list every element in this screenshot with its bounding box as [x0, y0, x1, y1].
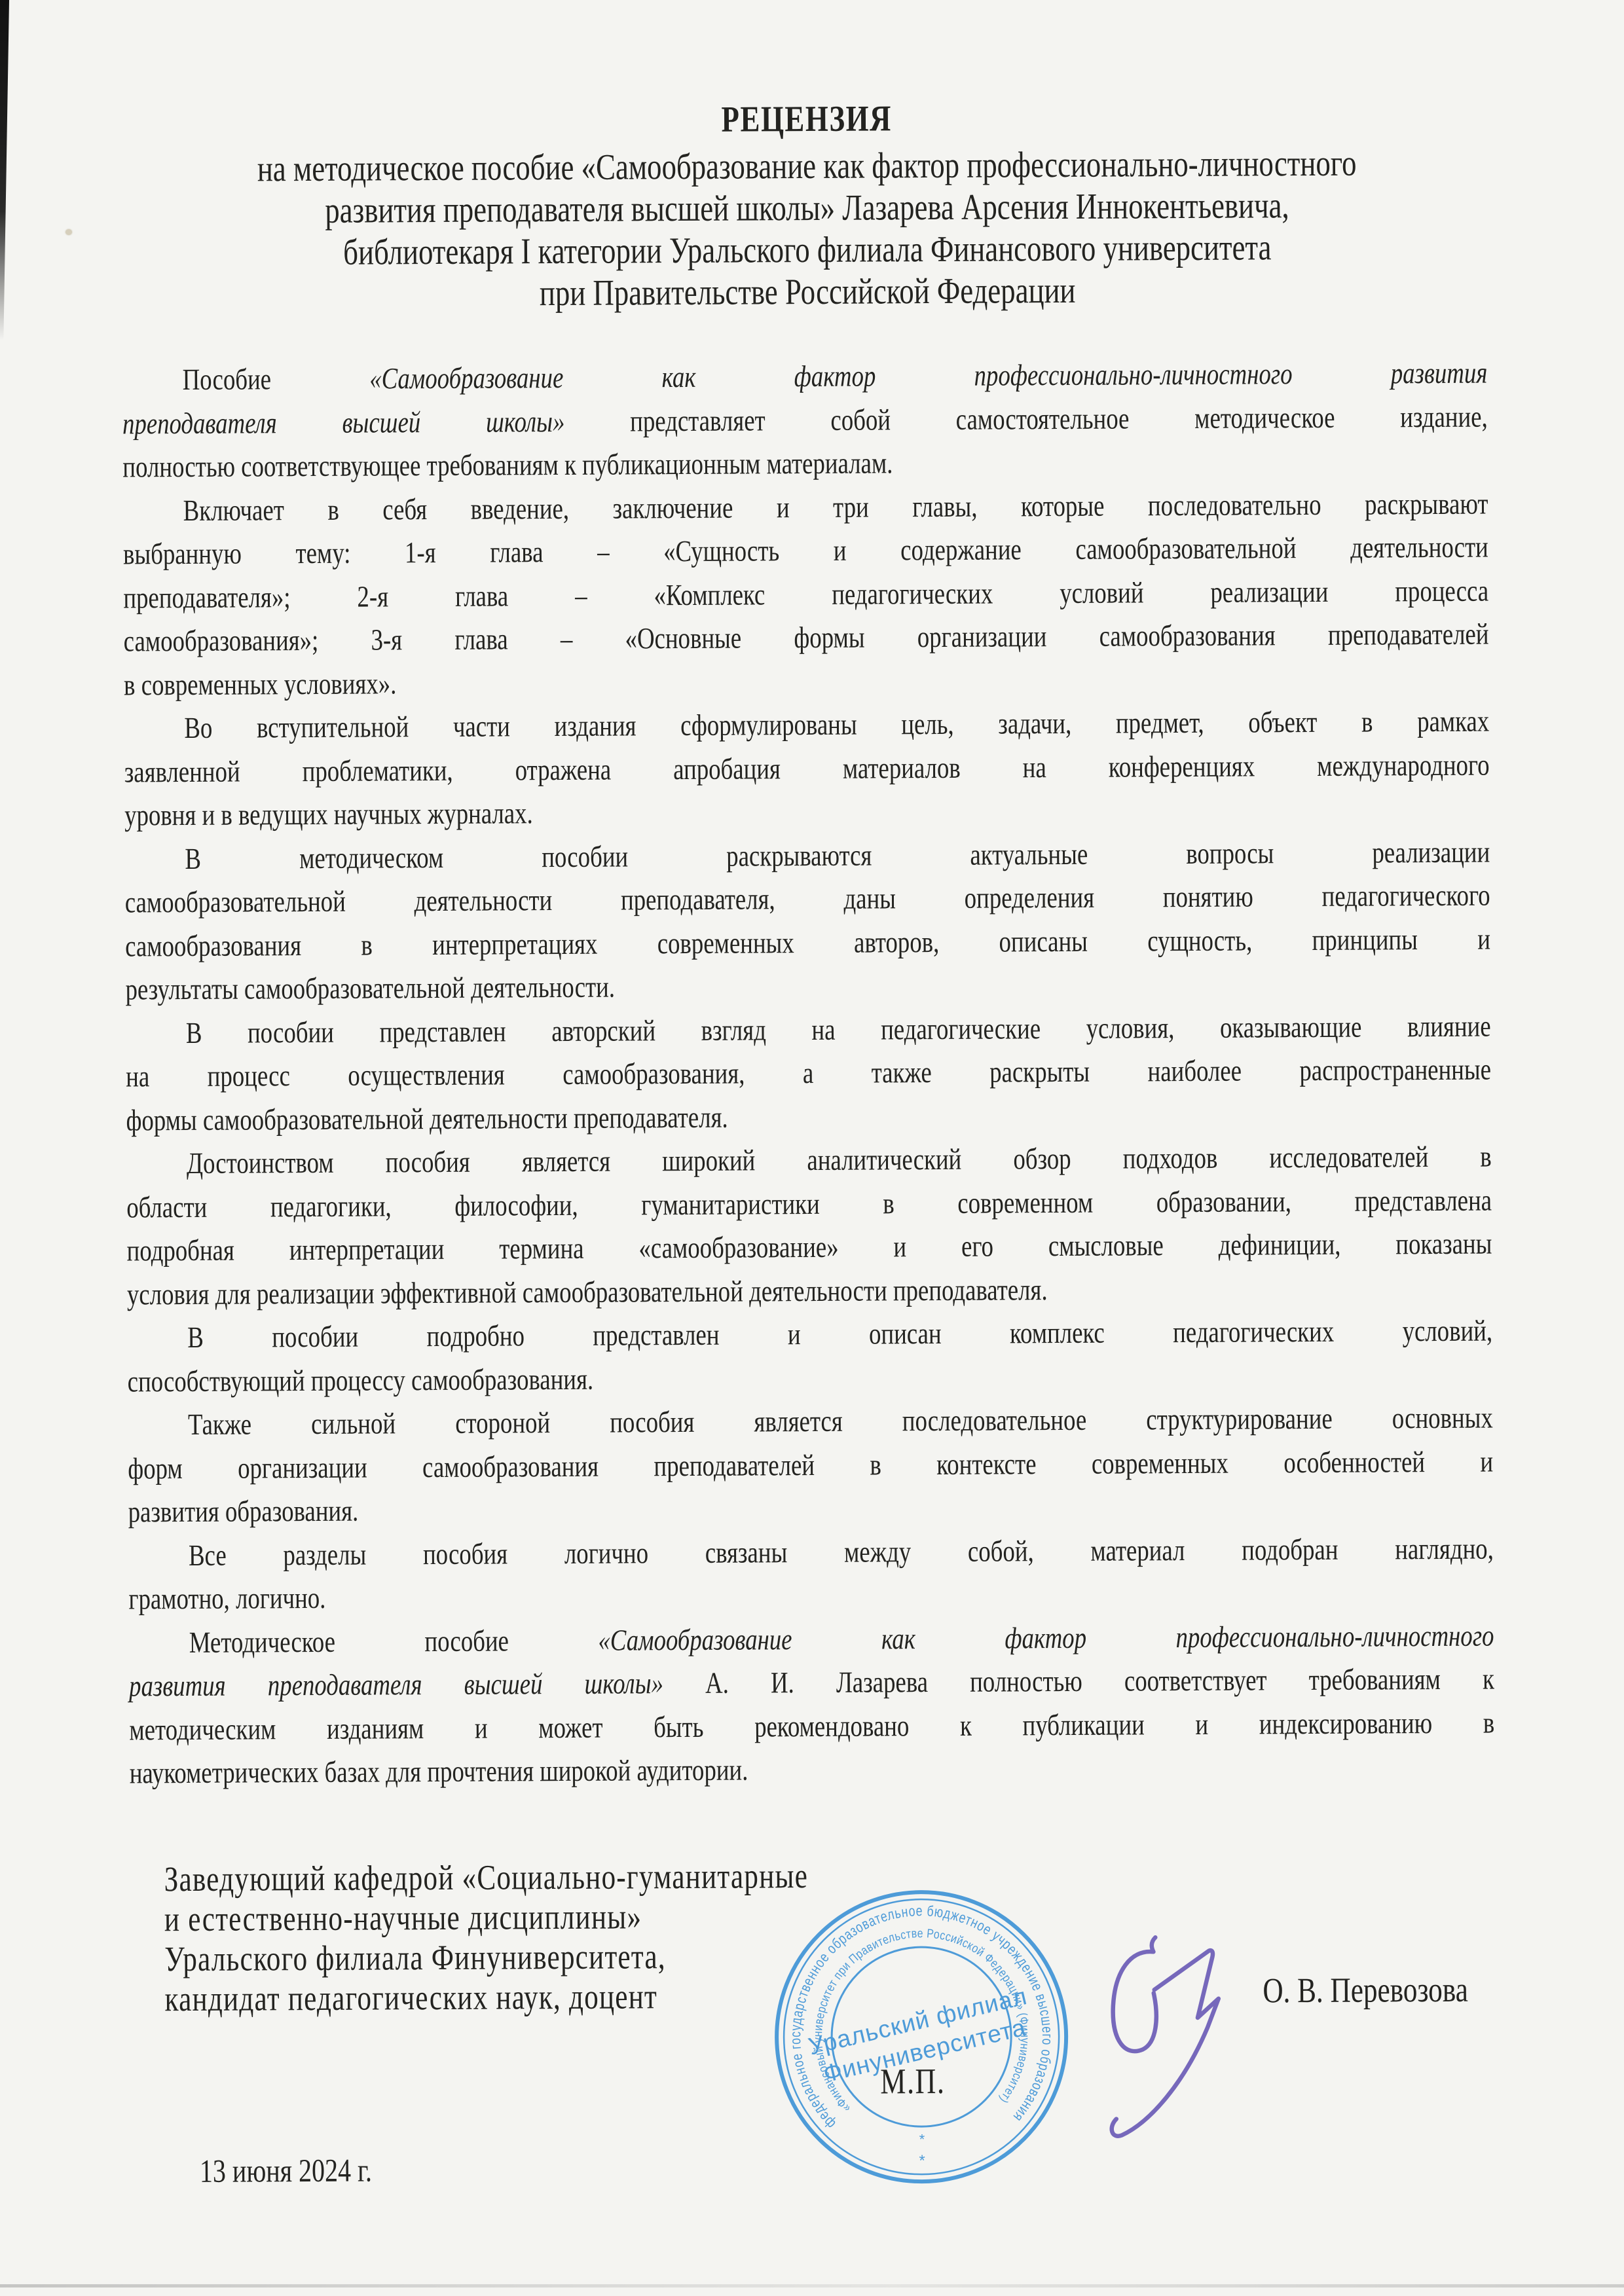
- body-line: самообразования в интерпретациях совреме…: [125, 917, 1490, 968]
- body-line: уровня и в ведущих научных журналах.: [124, 787, 1490, 837]
- document-content: РЕЦЕНЗИЯ на методическое пособие «Самооб…: [0, 0, 1624, 2296]
- body-line: Также сильной стороной пособия является …: [128, 1396, 1493, 1447]
- body-line: в современных условиях».: [124, 656, 1489, 706]
- body-line: Пособие «Самообразование как фактор проф…: [122, 352, 1487, 402]
- document-title: РЕЦЕНЗИЯ: [0, 94, 1619, 145]
- date-line: 13 июня 2024 г.: [200, 2151, 372, 2191]
- body-line: развития преподавателя высшей школы» А. …: [129, 1658, 1494, 1708]
- body-line: самообразования»; 3-я глава – «Основные …: [124, 613, 1489, 663]
- body-line: В пособии подробно представлен и описан …: [127, 1309, 1492, 1360]
- body-line: полностью соответствующее требованиям к …: [122, 439, 1488, 489]
- body-line: преподавателя»; 2-я глава – «Комплекс пе…: [123, 569, 1488, 619]
- document-body: Пособие «Самообразование как фактор проф…: [122, 352, 1494, 1795]
- subtitle-line: при Правительстве Российской Федерации: [0, 267, 1619, 318]
- document-subtitle: на методическое пособие «Самообразование…: [0, 141, 1619, 318]
- stamp-separator-star: *: [919, 2152, 925, 2170]
- stamp-separator-star: *: [919, 2131, 925, 2147]
- body-line: заявленной проблематики, отражена апроба…: [124, 743, 1490, 793]
- scanned-review-page: РЕЦЕНЗИЯ на методическое пособие «Самооб…: [0, 0, 1624, 2296]
- body-line: результаты самообразовательной деятельно…: [125, 961, 1490, 1011]
- body-line: подробная интерпретации термина «самообр…: [126, 1222, 1492, 1273]
- round-stamp: федеральное государственное образователь…: [771, 1887, 1071, 2187]
- body-line: Достоинством пособия является широкий ан…: [126, 1135, 1492, 1186]
- body-line: Все разделы пособия логично связаны межд…: [128, 1527, 1494, 1577]
- body-line: выбранную тему: 1-я глава – «Сущность и …: [123, 526, 1488, 576]
- body-line: области педагогики, философии, гуманитар…: [126, 1178, 1492, 1229]
- body-line: на процесс осуществления самообразования…: [126, 1048, 1491, 1099]
- handwritten-signature: [1052, 1896, 1289, 2159]
- body-line: способствующий процессу самообразования.: [127, 1353, 1492, 1403]
- body-line: Включает в себя введение, заключение и т…: [123, 482, 1488, 532]
- body-line: В методическом пособии раскрываются акту…: [124, 830, 1490, 881]
- body-line: наукометрических базах для прочтения шир…: [130, 1745, 1495, 1795]
- body-line: методическим изданиям и может быть реком…: [129, 1701, 1494, 1751]
- body-line: развития образования.: [128, 1484, 1494, 1534]
- body-line: форм организации самообразования препода…: [128, 1440, 1493, 1490]
- body-line: Методическое пособие «Самообразование ка…: [129, 1614, 1494, 1664]
- body-line: Во вступительной части издания сформулир…: [124, 700, 1489, 750]
- body-line: условия для реализации эффективной самоо…: [127, 1266, 1492, 1316]
- body-line: грамотно, логично.: [128, 1571, 1494, 1621]
- reviewer-name: О. В. Перевозова: [1263, 1970, 1468, 2011]
- body-line: В пособии представлен авторский взгляд н…: [126, 1004, 1491, 1055]
- body-line: формы самообразовательной деятельности п…: [126, 1091, 1491, 1142]
- body-line: самообразовательной деятельности препода…: [125, 874, 1490, 924]
- body-line: преподавателя высшей школы» представляет…: [122, 395, 1488, 445]
